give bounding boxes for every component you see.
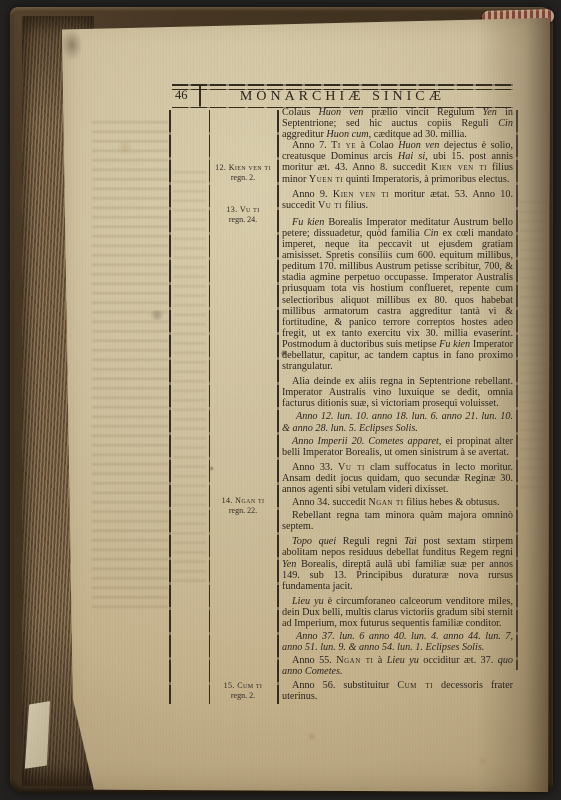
text-segment: Vu ti bbox=[318, 200, 342, 211]
text-segment: Anno 9. bbox=[292, 189, 333, 200]
margin-note-ruler: 13. Vu ti bbox=[210, 205, 276, 215]
body-paragraph: Anno 55. Ngan ti à Lieu yu occiditur æt.… bbox=[282, 655, 513, 677]
text-segment: Anno 33. bbox=[292, 462, 338, 473]
body-paragraph: Anno 37. lun. 6 anno 40. lun. 4. anno 44… bbox=[282, 631, 513, 653]
text-segment: Yen bbox=[483, 107, 497, 118]
verso-showthrough bbox=[92, 114, 168, 614]
text-segment: Huon ven bbox=[318, 107, 363, 118]
body-paragraph: Anno 56. substituitur Cum ti decessoris … bbox=[282, 680, 513, 702]
text-segment: Ngan ti bbox=[368, 497, 403, 508]
margin-note: 14. Ngan tiregn. 22. bbox=[210, 496, 276, 515]
text-segment: aggreditur bbox=[282, 129, 326, 140]
text-segment: Anno 7. bbox=[292, 140, 331, 151]
running-title: MONARCHIÆ SINICÆ bbox=[172, 89, 513, 105]
body-paragraph: Anno 12. lun. 10. anno 18. lun. 6. anno … bbox=[282, 411, 513, 433]
text-segment: Kien ven ti bbox=[431, 162, 487, 173]
text-segment: Lieu yu bbox=[292, 596, 324, 607]
body-paragraph: Lieu yu è circumforaneo calceorum vendit… bbox=[282, 596, 513, 629]
body-text-column: Colaus Huon ven prælio vincit Regulum Ye… bbox=[282, 107, 513, 702]
text-segment: Vu ti bbox=[338, 462, 365, 473]
verso-showthrough bbox=[173, 164, 206, 584]
text-segment: Fu kien bbox=[439, 339, 470, 350]
body-paragraph: Alia deinde ex aliis regna in Septentrio… bbox=[282, 376, 513, 409]
text-segment: Fu kien bbox=[292, 217, 324, 228]
text-segment: filius. bbox=[342, 200, 368, 211]
text-segment: Borealis, direptâ aulâ ubi familiæ suæ p… bbox=[282, 559, 513, 592]
text-segment: filius hebes & obtusus. bbox=[404, 497, 500, 508]
body-paragraph: Topo quei Reguli regni Tai post sextam s… bbox=[282, 536, 513, 591]
text-segment: , cæditque ad 30. millia. bbox=[369, 129, 467, 140]
text-segment: Cin bbox=[498, 118, 513, 129]
text-segment: à Colao bbox=[356, 140, 398, 151]
smudge bbox=[148, 310, 166, 320]
margin-note: 15. Cum tiregn. 2. bbox=[210, 681, 276, 700]
verso-showthrough bbox=[520, 194, 546, 494]
text-segment: Huon ven bbox=[398, 140, 439, 151]
margin-note-reign-length: regn. 22. bbox=[210, 506, 276, 516]
text-segment: quinti Imperatoris, à primoribus electus… bbox=[343, 174, 509, 185]
margin-note-reign-length: regn. 2. bbox=[210, 173, 276, 183]
margin-note-reign-length: regn. 2. bbox=[210, 691, 276, 701]
margin-note-ruler: 14. Ngan ti bbox=[210, 496, 276, 506]
photo-background: 46 MONARCHIÆ SINICÆ 12. Kien ven tiregn.… bbox=[0, 0, 561, 800]
text-segment: Tai bbox=[404, 536, 417, 547]
text-segment: Yen bbox=[282, 559, 296, 570]
foxing-spot bbox=[116, 140, 134, 154]
text-segment: Ngan ti bbox=[336, 655, 373, 666]
text-segment: Lieu yu bbox=[387, 655, 419, 666]
text-segment: Anno 37. lun. 6 anno 40. lun. 4. anno 44… bbox=[282, 631, 513, 653]
text-segment: Rebellant regna tam minora quàm majora o… bbox=[282, 510, 513, 532]
margin-note-ruler: 12. Kien ven ti bbox=[210, 163, 276, 173]
body-paragraph: Anno 34. succedit Ngan ti filius hebes &… bbox=[282, 497, 513, 508]
text-segment: Colaus bbox=[282, 107, 318, 118]
text-segment: Anno Imperii 20. Cometes apparet bbox=[292, 436, 439, 447]
body-paragraph: Fu kien Borealis Imperator meditatur Aus… bbox=[282, 217, 513, 372]
corner-shadow bbox=[58, 24, 128, 94]
text-segment: Anno 34. succedit bbox=[292, 497, 368, 508]
text-segment: Cin bbox=[424, 228, 439, 239]
body-paragraph: Rebellant regna tam minora quàm majora o… bbox=[282, 510, 513, 532]
body-paragraph: Anno Imperii 20. Cometes apparet, ei pro… bbox=[282, 436, 513, 458]
table-rule-margin-divider bbox=[277, 110, 279, 704]
margin-note-ruler: 15. Cum ti bbox=[210, 681, 276, 691]
text-segment: ex cœli mandato imperet, neque ita pecca… bbox=[282, 228, 513, 350]
margin-note: 12. Kien ven tiregn. 2. bbox=[210, 163, 276, 182]
text-segment: Yuen ti bbox=[309, 174, 343, 185]
body-paragraph: Anno 7. Ti ye à Colao Huon ven dejectus … bbox=[282, 140, 513, 184]
text-segment: Topo quei bbox=[292, 536, 336, 547]
text-segment: Cum ti bbox=[397, 680, 433, 691]
text-segment: Huon cum bbox=[326, 129, 368, 140]
margin-note: 13. Vu tiregn. 24. bbox=[210, 205, 276, 224]
text-segment: prælio vincit Regulum bbox=[363, 107, 482, 118]
header-top-rule bbox=[172, 84, 513, 86]
text-segment: occiditur æt. 37. bbox=[419, 655, 498, 666]
text-segment: Anno 55. bbox=[292, 655, 336, 666]
text-segment: Ti ye bbox=[331, 140, 356, 151]
body-paragraph: Anno 9. Kien ven ti moritur ætat. 53. An… bbox=[282, 189, 513, 211]
margin-note-reign-length: regn. 24. bbox=[210, 215, 276, 225]
text-segment: Hai si bbox=[398, 151, 425, 162]
text-segment: Reguli regni bbox=[336, 536, 404, 547]
book-page: 46 MONARCHIÆ SINICÆ 12. Kien ven tiregn.… bbox=[58, 14, 550, 792]
text-segment: Kien ven ti bbox=[333, 189, 389, 200]
table-rule-left-outer bbox=[169, 110, 171, 704]
text-segment: Alia deinde ex aliis regna in Septentrio… bbox=[282, 376, 513, 409]
foxing-spot bbox=[476, 756, 490, 766]
text-segment: Anno 12. lun. 10. anno 18. lun. 6. anno … bbox=[282, 411, 513, 433]
table-rule-left-inner bbox=[209, 110, 211, 704]
body-paragraph: Colaus Huon ven prælio vincit Regulum Ye… bbox=[282, 107, 513, 140]
foxing-spot bbox=[306, 732, 318, 741]
text-segment: à bbox=[373, 655, 386, 666]
body-paragraph: Anno 33. Vu ti clam suffocatus in lecto … bbox=[282, 462, 513, 495]
text-segment: Anno 56. substituitur bbox=[292, 680, 397, 691]
table-rule-right bbox=[516, 110, 518, 670]
